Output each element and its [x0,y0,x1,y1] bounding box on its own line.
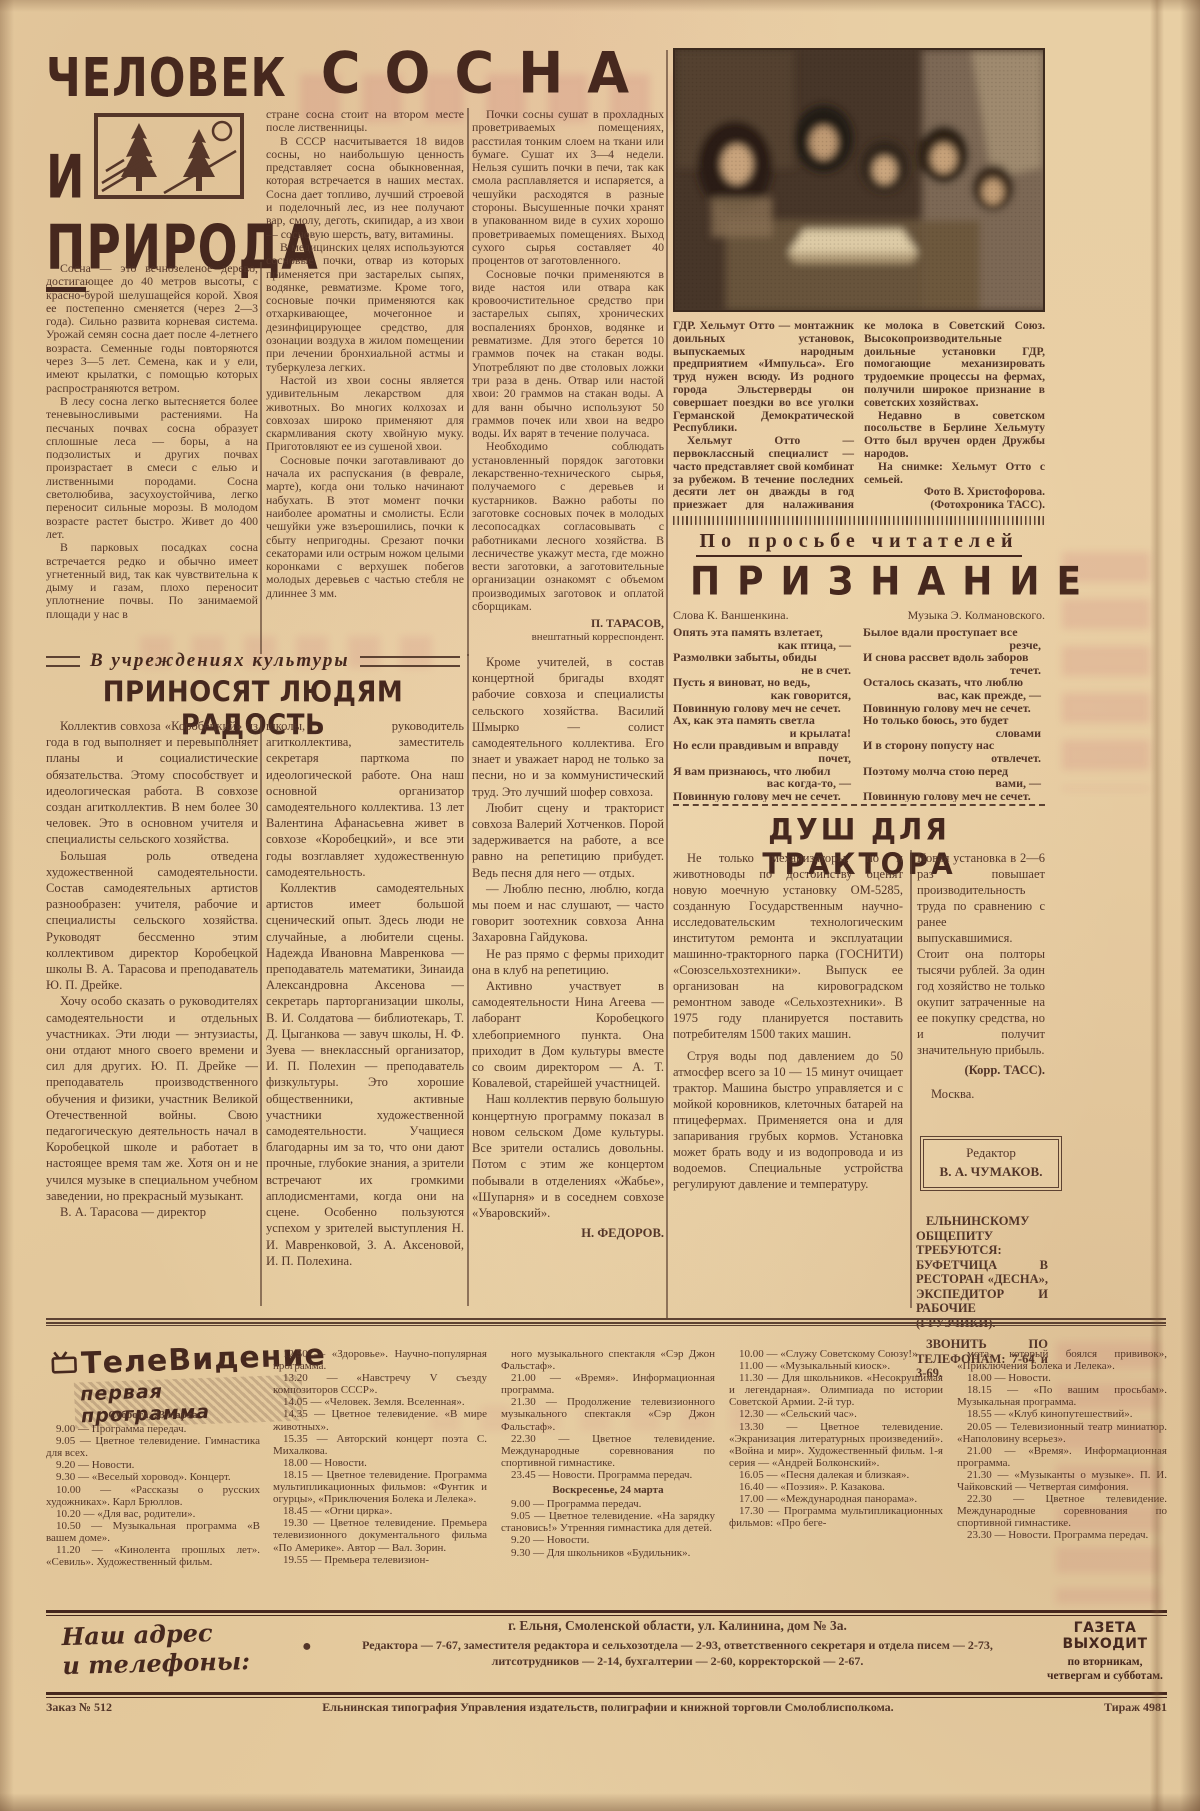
pine-article-text: Почки сосны сушат в прохладных проветрив… [472,108,664,613]
classified-ad-line: ЕЛЬНИНСКОМУ ОБЩЕПИТУ ТРЕБУЮТСЯ: БУФЕТЧИЦ… [916,1214,1048,1330]
tv-listing-entry: 9.05 — Цветное телевидение. Гимнастика д… [46,1435,260,1459]
footer-bullet: ● [302,1638,312,1656]
tv-listing-entry: 21.30 — «Музыканты о музыке». П. И. Чайк… [957,1469,1167,1493]
footer-schedule-title: ГАЗЕТА ВЫХОДИТ [1042,1620,1168,1652]
footer-address-label: Наш адрес и телефоны: [61,1617,297,1681]
tv-listing-entry: 11.00 — «Музыкальный киоск». [729,1360,943,1372]
tv-listing-entry: 18.00 — Новости. [273,1457,487,1469]
pine-article-paragraph: Настой из хвои сосны является удивительн… [266,374,464,454]
pine-trees-woodcut-icon [94,113,244,204]
reader-request-kicker-text: По просьбе читателей [696,530,1023,557]
headline-sosna: СОСНА [282,40,668,106]
photo-caption-column-1: ГДР. Хельмут Отто — монтажник доильных у… [673,320,854,512]
shower-article-dateline: Москва. [917,1086,1045,1102]
culture-paragraph: Наш коллектив первую большую концертную … [472,1091,664,1221]
lyrics-column-2: Былое вдали проступает всерезче,И снова … [863,626,1045,802]
footer-address: г. Ельня, Смоленской области, ул. Калини… [330,1618,1025,1634]
footer-schedule-days: по вторникам, четвергам и субботам. [1042,1655,1168,1683]
tv-listing-entry: 20.05 — Телевизионный театр миниатюр. «Н… [957,1421,1167,1445]
tv-listing-entry: 17.00 — «Международная панорама». [729,1493,943,1505]
shower-article-column-1: Не только механизаторы, но и животноводы… [673,850,903,1305]
tv-listing-entry: 11.30 — Для школьников. «Несокрушимая и … [729,1372,943,1408]
lyric-line: Былое вдали проступает все [863,626,1045,639]
pine-article-paragraph: Почки сосны сушат в прохладных проветрив… [472,108,664,268]
pine-article-column-1: Сосна — это вечнозеленое дерево, достига… [46,262,258,654]
culture-kicker: В учреждениях культуры [46,650,460,672]
divider-dashed [673,804,1045,806]
tv-listing-entry: 9.20 — Новости. [46,1459,260,1471]
tv-listing-entry: 16.05 — «Песня далекая и близкая». [729,1469,943,1481]
pine-article-paragraph: В медицинских целях используются сосновы… [266,241,464,374]
column-divider [467,654,469,1306]
imprint-circulation: Тираж 4981 [1104,1700,1167,1715]
pine-article-column-3: Почки сосны сушат в прохладных проветрив… [472,108,664,660]
tv-listing-entry: 12.50 — «Здоровье». Научно-популярная пр… [273,1348,487,1372]
page-edge [0,0,1200,12]
kicker-rule [360,656,460,667]
tv-listing-entry: мота, который боялся прививок», «Приключ… [957,1348,1167,1372]
shower-paragraph: Не только механизаторы, но и животноводы… [673,850,903,1042]
lyric-line: вами, — [863,777,1045,790]
caption-paragraph: На снимке: Хельмут Отто с семьей. [864,461,1045,487]
tv-listing-entry: 10.00 — «Служу Советскому Союзу!» [729,1348,943,1360]
tv-listings-column-4: 10.00 — «Служу Советскому Союзу!»11.00 —… [729,1348,943,1604]
tv-listing-entry: 9.05 — Цветное телевидение. «На зарядку … [501,1510,715,1534]
tv-listing-entry: 21.30 — Продолжение телевизионного музык… [501,1396,715,1432]
culture-paragraph: — Люблю песню, люблю, когда мы поем и на… [472,881,664,946]
footer-contact-block: г. Ельня, Смоленской области, ул. Калини… [330,1618,1025,1669]
tv-listings-column-3: ного музыкального спектакля «Сэр Джон Фа… [501,1348,715,1604]
photo-caption-column-2: ке молока в Советский Союз. Высокопроизв… [864,320,1045,512]
lyric-line: Опять эта память взлетает, [673,626,855,639]
tv-listing-entry: 15.35 — Авторский концерт поэта С. Михал… [273,1433,487,1457]
lyric-line: Повинную голову меч не сечет. [673,790,855,802]
tv-listing-entry: 10.20 — «Для вас, родители». [46,1508,260,1520]
imprint-printer: Ельнинская типография Управления издател… [162,1700,1054,1715]
tv-listing-entry: 18.00 — Новости. [957,1372,1167,1384]
pine-article-paragraph: стране сосна стоит на втором месте после… [266,108,464,135]
lyric-line: вас, как прежде, — [863,689,1045,702]
page-edge [0,0,14,1811]
editor-label: Редактор [928,1145,1054,1161]
tv-listing-entry: 21.00 — «Время». Информационная программ… [501,1372,715,1396]
song-credit-music: Музыка Э. Колмановского. [908,608,1045,623]
footer-address-label-line2: и телефоны: [62,1646,298,1681]
page-edge [0,1793,1200,1811]
section-divider-vertical [666,50,668,1318]
column-divider [467,108,469,656]
pine-article-author-role: внештатный корреспондент. [472,631,664,644]
lyric-line: И снова рассвет вдоль заборов [863,651,1045,664]
tv-listing-entry: 9.30 — «Веселый хоровод». Концерт. [46,1471,260,1483]
lyric-line: почет, [673,752,855,765]
culture-paragraph: Активно участвует в самодеятельности Нин… [472,978,664,1091]
pine-article-paragraph: Необходимо соблюдать установленный поряд… [472,440,664,613]
tv-listing-entry: ного музыкального спектакля «Сэр Джон Фа… [501,1348,715,1372]
editor-name: В. А. ЧУМАКОВ. [928,1164,1054,1180]
shower-article-text: Новая установка в 2—6 раз повышает произ… [917,850,1045,1058]
caption-paragraph: Фото В. Христофорова. [864,486,1045,499]
lyric-line: Ах, как эта память светла [673,714,855,727]
tv-listing-entry: 21.00 — «Время». Информационная программ… [957,1445,1167,1469]
tv-listing-entry: 23.30 — Новости. Программа передач. [957,1529,1167,1541]
tv-listing-entry: 13.20 — «Навстречу V съезду композиторов… [273,1372,487,1396]
culture-article-column-1: Коллектив совхоза «Коробецкий» из года в… [46,718,258,1310]
column-divider [260,262,262,654]
lyric-line: Размолвки забыты, обиды [673,651,855,664]
culture-paragraph: В. А. Тарасова — директор [46,1204,258,1220]
tv-listing-entry: 23.45 — Новости. Программа передач. [501,1469,715,1481]
tv-listing-entry: 22.30 — Цветное телевидение. Международн… [957,1493,1167,1529]
tv-listing-entry: 18.55 — «Клуб кинопутешествий». [957,1408,1167,1420]
tv-listing-entry: 10.00 — «Рассказы о русских художниках».… [46,1484,260,1508]
culture-paragraph: Коллектив совхоза «Коробецкий» из года в… [46,718,258,848]
lyric-line: Но только боюсь, это будет [863,714,1045,727]
kicker-rule [46,656,80,667]
editor-box: Редактор В. А. ЧУМАКОВ. [920,1136,1062,1191]
culture-paragraph: Хочу особо сказать о руководителях самод… [46,993,258,1204]
pine-article-paragraph: Сосновые почки применяются в виде настоя… [472,268,664,441]
tv-listing-entry: 9.00 — Программа передач. [46,1423,260,1435]
tv-listing-entry: 9.00 — Программа передач. [501,1498,715,1510]
imprint-line: Заказ № 512 Ельнинская типография Управл… [46,1700,1167,1715]
culture-paragraph: Не раз прямо с фермы приходит она в клуб… [472,946,664,978]
tv-listing-entry: 9.30 — Для школьников «Будильник». [501,1547,715,1559]
culture-paragraph: Коллектив самодеятельных артистов имеет … [266,880,464,1269]
footer-schedule: ГАЗЕТА ВЫХОДИТ по вторникам, четвергам и… [1042,1620,1168,1683]
culture-article-column-2: школы, руководитель агитколлектива, заме… [266,718,464,1310]
masthead-word-i: И [46,150,85,204]
tv-listing-entry: 19.30 — Цветное телевидение. Премьера те… [273,1517,487,1553]
tv-listing-entry: 22.30 — Цветное телевидение. Международн… [501,1433,715,1469]
tv-listing-entry: 18.45 — «Огни цирка». [273,1505,487,1517]
caption-paragraph: ГДР. Хельмут Отто — монтажник доильных у… [673,320,854,435]
culture-paragraph: Большая роль отведена художественной сам… [46,848,258,994]
footer-phones: Редактора — 7-67, заместителя редактора … [330,1638,1025,1669]
masthead-word-chelovek: ЧЕЛОВЕК [46,52,298,106]
pine-article-author: П. ТАРАСОВ, [472,617,664,630]
culture-article-text: Кроме учителей, в состав концертной бриг… [472,654,664,1221]
masthead: ЧЕЛОВЕК И [46,52,298,292]
caption-paragraph: ке молока в Советский Союз. Высокопроизв… [864,320,1045,410]
culture-paragraph: Кроме учителей, в состав концертной бриг… [472,654,664,800]
shower-paragraph: Новая установка в 2—6 раз повышает произ… [917,850,1045,1058]
tv-listings-column-5: мота, который боялся прививок», «Приключ… [957,1348,1167,1604]
pine-article-paragraph: Сосновые почки заготавливают до начала и… [266,454,464,600]
lyric-line: отвлечет. [863,752,1045,765]
culture-kicker-text: В учреждениях культуры [90,650,350,672]
photo-caption: ГДР. Хельмут Отто — монтажник доильных у… [673,320,1045,512]
tv-listings-column-1: Суббота, 23 марта9.00 — Программа переда… [46,1406,260,1604]
pine-article-paragraph: В парковых посадках сосна встречается ре… [46,541,258,621]
caption-paragraph: Хельмут Отто — первоклассный специалист … [673,435,854,512]
tv-listing-entry: 11.20 — «Кинолента прошлых лет». «Севиль… [46,1544,260,1568]
tv-listing-entry: 14.35 — Цветное телевидение. «В мире жив… [273,1408,487,1432]
lyrics-column-1: Опять эта память взлетает,как птица, —Ра… [673,626,855,802]
tv-listing-entry: 13.30 — Цветное телевидение. «Экранизаци… [729,1421,943,1469]
lyric-line: вас когда-то, — [673,777,855,790]
tv-listing-entry: 18.15 — «По вашим просьбам». Музыкальная… [957,1384,1167,1408]
culture-paragraph: школы, руководитель агитколлектива, заме… [266,718,464,880]
pine-article-paragraph: В СССР насчитывается 18 видов сосны, но … [266,135,464,241]
culture-article-column-3: Кроме учителей, в состав концертной бриг… [472,654,664,1310]
tv-listings-column-2: 12.50 — «Здоровье». Научно-популярная пр… [273,1348,487,1604]
culture-paragraph: Любит сцену и тракторист совхоза Валерий… [472,800,664,881]
tv-listing-entry: 16.40 — «Поэзия». Р. Казакова. [729,1481,943,1493]
column-divider [910,850,912,1308]
tv-listing-entry: 14.05 — «Человек. Земля. Вселенная». [273,1396,487,1408]
caption-paragraph: Недавно в советском посольстве в Берлине… [864,410,1045,461]
tv-listing-entry: 19.55 — Премьера телевизион- [273,1554,487,1566]
tv-listing-entry: 9.20 — Новости. [501,1534,715,1546]
tv-listing-entry: Воскресенье, 24 марта [501,1484,715,1496]
tv-listing-entry: Суббота, 23 марта [46,1409,260,1421]
song-credit-words: Слова К. Ваншенкина. [673,608,789,623]
section-divider-horizontal [46,1318,1166,1328]
song-credits: Слова К. Ваншенкина. Музыка Э. Колмановс… [673,608,1045,623]
imprint-order-number: Заказ № 512 [46,1700,112,1715]
shower-article-source: (Корр. ТАСС). [917,1062,1045,1078]
column-divider [260,718,262,1306]
photo-helmut-otto-family [673,48,1045,312]
lyric-line: Повинную голову меч не сечет. [863,790,1045,802]
pine-article-paragraph: Сосна — это вечнозеленое дерево, достига… [46,262,258,395]
pine-article-paragraph: В лесу сосна легко вытесняется более тен… [46,395,258,541]
page-edge [1180,0,1200,1811]
tv-listing-entry: 10.50 — Музыкальная программа «В вашем д… [46,1520,260,1544]
newspaper-page: ЧЕЛОВЕК И [0,0,1200,1811]
caption-paragraph: (Фотохроника ТАСС). [864,499,1045,512]
song-lyrics: Опять эта память взлетает,как птица, —Ра… [673,626,1045,802]
pine-article-column-2: стране сосна стоит на втором месте после… [266,108,464,652]
shower-paragraph: Струя воды под давлением до 50 атмосфер … [673,1048,903,1192]
culture-article-author: Н. ФЕДОРОВ. [472,1225,664,1241]
tv-listing-entry: 12.30 — «Сельский час». [729,1408,943,1420]
lyric-line: как говорится, [673,689,855,702]
footer-rule-bottom [46,1692,1167,1699]
footer-rule-top [46,1610,1167,1617]
tv-listing-entry: 17.30 — Программа мультипликационных фил… [729,1505,943,1529]
divider-hatched [673,516,1045,525]
tv-set-icon [51,1349,78,1380]
reader-request-kicker: По просьбе читателей [673,530,1045,557]
tv-listing-entry: 18.15 — Цветное телевидение. Программа м… [273,1469,487,1505]
headline-priznanie: ПРИЗНАНИЕ [673,560,1045,604]
